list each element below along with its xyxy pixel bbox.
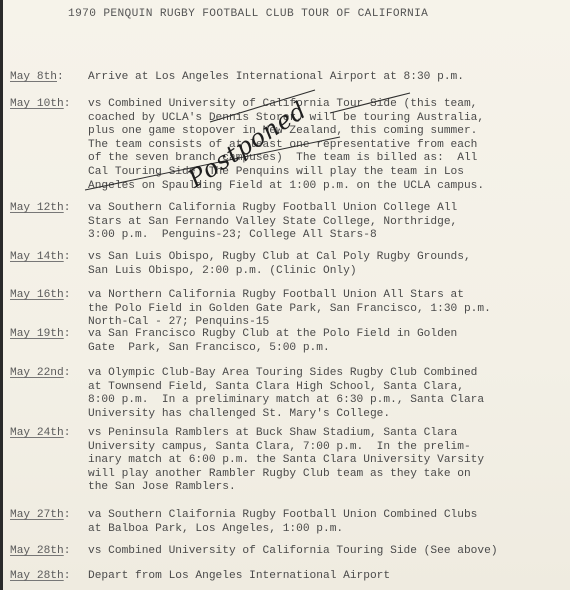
entry-description: Depart from Los Angeles International Ai… — [88, 570, 390, 584]
entry-date: May 12th: — [10, 202, 70, 216]
entry-date: May 8th: — [10, 71, 64, 85]
entry-date-text: May 27th — [10, 509, 64, 521]
entry-date: May 22nd: — [10, 367, 70, 381]
document-title: 1970 PENQUIN RUGBY FOOTBALL CLUB TOUR OF… — [68, 8, 428, 20]
entry-line: vs Combined University of California Tou… — [88, 98, 484, 112]
entry-date: May 28th: — [10, 545, 70, 559]
entry-date-text: May 22nd — [10, 367, 64, 379]
entry-line: the Polo Field in Golden Gate Park, San … — [88, 303, 491, 317]
entry-line: vs San Luis Obispo, Rugby Club at Cal Po… — [88, 251, 471, 265]
entry-description: vs San Luis Obispo, Rugby Club at Cal Po… — [88, 251, 471, 278]
entry-date: May 14th: — [10, 251, 70, 265]
entry-date: May 16th: — [10, 289, 70, 303]
entry-line: University campus, Santa Clara, 7:00 p.m… — [88, 441, 484, 455]
entry-date: May 28th: — [10, 570, 70, 584]
entry-line: va Southern Claifornia Rugby Football Un… — [88, 509, 477, 523]
entry-date: May 19th: — [10, 328, 70, 342]
entry-date-text: May 14th — [10, 251, 64, 263]
entry-date-text: May 16th — [10, 289, 64, 301]
entry-line: University has challenged St. Mary's Col… — [88, 408, 484, 422]
entry-line: va San Francisco Rugby Club at the Polo … — [88, 328, 457, 342]
entry-date: May 24th: — [10, 427, 70, 441]
entry-date-text: May 28th — [10, 545, 64, 557]
entry-line: inary match at 6:00 p.m. the Santa Clara… — [88, 454, 484, 468]
entry-line: Arrive at Los Angeles International Airp… — [88, 71, 464, 85]
document-page: 1970 PENQUIN RUGBY FOOTBALL CLUB TOUR OF… — [0, 0, 570, 590]
entry-date-text: May 28th — [10, 570, 64, 582]
entry-line: 3:00 p.m. Penguins-23; College All Stars… — [88, 229, 457, 243]
entry-description: va Northern California Rugby Football Un… — [88, 289, 491, 330]
entry-description: va Southern Claifornia Rugby Football Un… — [88, 509, 477, 536]
entry-date-text: May 12th — [10, 202, 64, 214]
entry-line: vs Combined University of California Tou… — [88, 545, 498, 559]
entry-line: va Northern California Rugby Football Un… — [88, 289, 491, 303]
entry-line: of the seven branch campuses) The team i… — [88, 152, 484, 166]
entry-description: vs Combined University of California Tou… — [88, 545, 498, 559]
entry-line: the San Jose Ramblers. — [88, 481, 484, 495]
entry-date: May 27th: — [10, 509, 70, 523]
entry-line: Cal Touring Side The Penquins will play … — [88, 166, 484, 180]
entry-description: va Olympic Club-Bay Area Touring Sides R… — [88, 367, 484, 421]
entry-line: Gate Park, San Francisco, 5:00 p.m. — [88, 342, 457, 356]
entry-description: vs Combined University of California Tou… — [88, 98, 484, 193]
entry-line: will play another Rambler Rugby Club tea… — [88, 468, 484, 482]
entry-line: The team consists of at least one repres… — [88, 139, 484, 153]
entry-line: va Olympic Club-Bay Area Touring Sides R… — [88, 367, 484, 381]
entry-line: Stars at San Fernando Valley State Colle… — [88, 216, 457, 230]
entry-date-text: May 19th — [10, 328, 64, 340]
entry-date-text: May 10th — [10, 98, 64, 110]
entry-line: coached by UCLA's Dennis Storer, will be… — [88, 112, 484, 126]
entry-line: Depart from Los Angeles International Ai… — [88, 570, 390, 584]
entry-line: 8:00 p.m. In a preliminary match at 6:30… — [88, 394, 484, 408]
entry-line: Angeles on Spaulding Field at 1:00 p.m. … — [88, 180, 484, 194]
entry-date: May 10th: — [10, 98, 70, 112]
entry-line: at Balboa Park, Los Angeles, 1:00 p.m. — [88, 523, 477, 537]
entry-description: va San Francisco Rugby Club at the Polo … — [88, 328, 457, 355]
entry-date-text: May 24th — [10, 427, 64, 439]
entry-line: va Southern California Rugby Football Un… — [88, 202, 457, 216]
entry-line: plus one game stopover in New Zealand, t… — [88, 125, 484, 139]
entry-line: vs Peninsula Ramblers at Buck Shaw Stadi… — [88, 427, 484, 441]
entry-description: va Southern California Rugby Football Un… — [88, 202, 457, 243]
entry-description: vs Peninsula Ramblers at Buck Shaw Stadi… — [88, 427, 484, 495]
entry-description: Arrive at Los Angeles International Airp… — [88, 71, 464, 85]
entry-line: at Townsend Field, Santa Clara High Scho… — [88, 381, 484, 395]
entry-line: San Luis Obispo, 2:00 p.m. (Clinic Only) — [88, 265, 471, 279]
entry-date-text: May 8th — [10, 71, 57, 83]
scan-edge — [0, 0, 3, 590]
